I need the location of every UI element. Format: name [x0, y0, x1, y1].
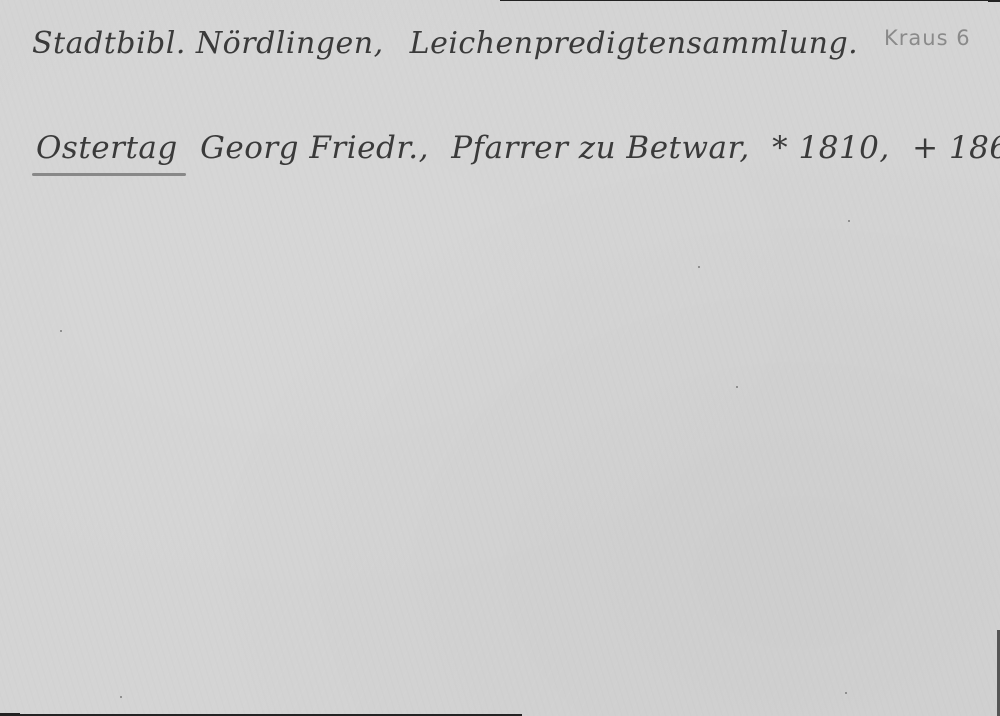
paper-speck: [120, 696, 122, 698]
card-header-line: Stadtbibl. Nördlingen, Leichenpredigtens…: [32, 26, 874, 61]
surname-text: Ostertag: [36, 130, 178, 166]
entry-died: + 1868.: [912, 130, 1000, 166]
entry-born: * 1810,: [772, 130, 890, 166]
paper-speck: [736, 386, 738, 388]
shelfmark: Kraus 6: [884, 26, 971, 50]
paper-speck: [848, 220, 850, 222]
surname-underline: [32, 173, 186, 176]
library-name: Stadtbibl. Nördlingen,: [32, 26, 384, 61]
paper-speck: [698, 266, 700, 268]
catalog-card: Stadtbibl. Nördlingen, Leichenpredigtens…: [0, 0, 1000, 716]
scan-edge-top: [500, 0, 1000, 1]
collection-name: Leichenpredigtensammlung.: [410, 26, 859, 61]
entry-line: Ostertag Georg Friedr., Pfarrer zu Betwa…: [36, 130, 1000, 166]
entry-given-names: Georg Friedr.,: [200, 130, 429, 166]
paper-speck: [60, 330, 62, 332]
entry-occupation: Pfarrer zu Betwar,: [451, 130, 750, 166]
paper-speck: [845, 692, 847, 694]
entry-surname: Ostertag: [36, 130, 178, 166]
scan-edge-top-right: [988, 0, 1000, 2]
